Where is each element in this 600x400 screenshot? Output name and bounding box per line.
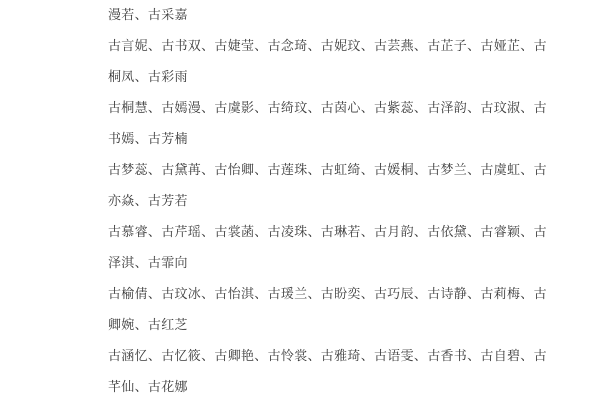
paragraph-6: 古涵忆、古忆筱、古卿艳、古怜裳、古雅琦、古语雯、古香书、古自碧、古 芊仙、古花娜: [108, 341, 508, 400]
paragraph-2: 古桐慧、古嫣漫、古虞影、古绮玟、古茵心、古紫蕊、古泽韵、古玟淑、古 书嫣、古芳楠: [108, 93, 508, 155]
text-line: 古桐慧、古嫣漫、古虞影、古绮玟、古茵心、古紫蕊、古泽韵、古玟淑、古: [108, 93, 508, 124]
text-line: 古榆倩、古玟冰、古怡淇、古瑗兰、古盼奕、古巧辰、古诗静、古莉梅、古: [108, 279, 508, 310]
paragraph-4: 古慕睿、古芹瑶、古裳菡、古凌珠、古琳若、古月韵、古依黛、古睿颖、古 泽淇、古霏向: [108, 217, 508, 279]
text-line: 卿婉、古红芝: [108, 310, 508, 341]
text-line: 古言妮、古书双、古婕莹、古念琦、古妮玟、古芸燕、古芷子、古娅芷、古: [108, 31, 508, 62]
paragraph-3: 古梦蕊、古黛苒、古怡卿、古莲珠、古虹绮、古媛桐、古梦兰、古虞虹、古 亦焱、古芳若: [108, 155, 508, 217]
paragraph-5: 古榆倩、古玟冰、古怡淇、古瑗兰、古盼奕、古巧辰、古诗静、古莉梅、古 卿婉、古红芝: [108, 279, 508, 341]
text-line: 桐凤、古彩雨: [108, 62, 508, 93]
text-line: 古梦蕊、古黛苒、古怡卿、古莲珠、古虹绮、古媛桐、古梦兰、古虞虹、古: [108, 155, 508, 186]
text-line: 芊仙、古花娜: [108, 372, 508, 400]
paragraph-0: 漫若、古采嘉: [108, 0, 508, 31]
text-line: 书嫣、古芳楠: [108, 124, 508, 155]
name-list-document: 漫若、古采嘉 古言妮、古书双、古婕莹、古念琦、古妮玟、古芸燕、古芷子、古娅芷、古…: [108, 0, 508, 400]
text-line: 古涵忆、古忆筱、古卿艳、古怜裳、古雅琦、古语雯、古香书、古自碧、古: [108, 341, 508, 372]
text-line: 古慕睿、古芹瑶、古裳菡、古凌珠、古琳若、古月韵、古依黛、古睿颖、古: [108, 217, 508, 248]
text-line: 亦焱、古芳若: [108, 186, 508, 217]
text-line: 泽淇、古霏向: [108, 248, 508, 279]
text-line: 漫若、古采嘉: [108, 0, 508, 31]
paragraph-1: 古言妮、古书双、古婕莹、古念琦、古妮玟、古芸燕、古芷子、古娅芷、古 桐凤、古彩雨: [108, 31, 508, 93]
